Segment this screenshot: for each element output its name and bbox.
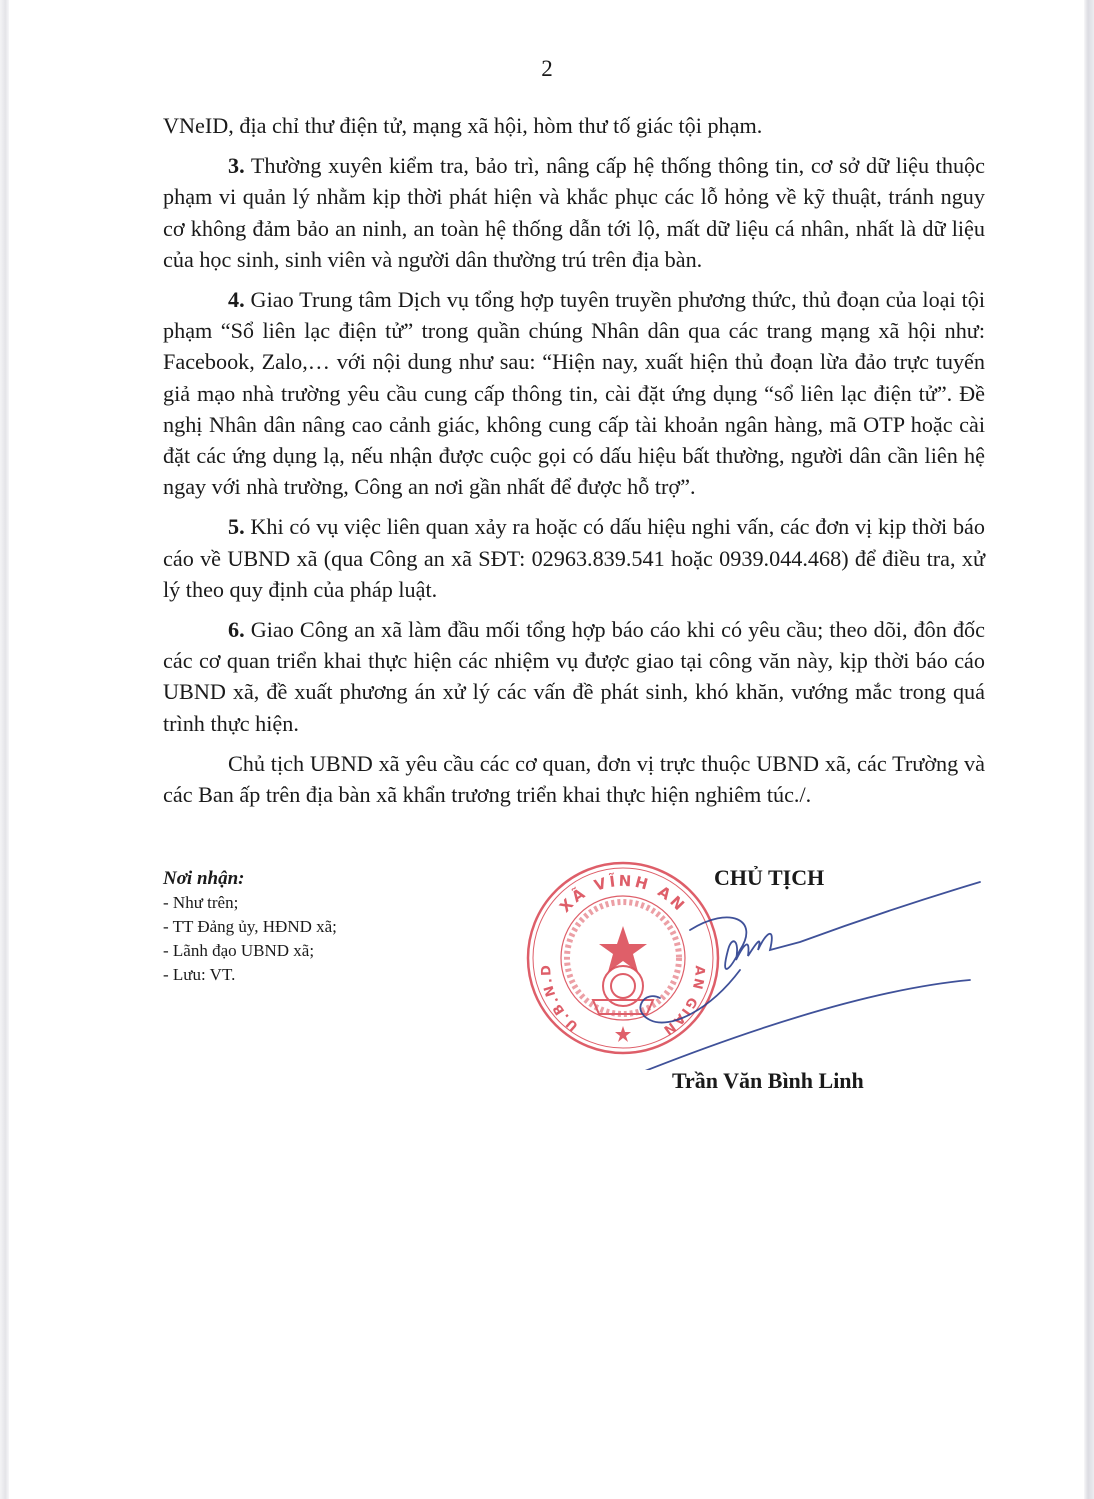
handwritten-signature bbox=[600, 870, 1000, 1070]
signer-name: Trần Văn Bình Linh bbox=[672, 1068, 864, 1094]
paragraph-text: Giao Trung tâm Dịch vụ tổng hợp tuyên tr… bbox=[163, 287, 985, 499]
paragraph-number: 3. bbox=[228, 153, 245, 178]
recipient-item: - Như trên; bbox=[163, 891, 337, 915]
recipients-block: Nơi nhận: - Như trên; - TT Đảng ủy, HĐND… bbox=[163, 867, 337, 987]
paragraph-number: 4. bbox=[228, 287, 245, 312]
page-number: 2 bbox=[0, 56, 1094, 82]
page-edge-right bbox=[1084, 0, 1094, 1499]
paragraph-number: 6. bbox=[228, 617, 245, 642]
paragraph-text: VNeID, địa chỉ thư điện tử, mạng xã hội,… bbox=[163, 113, 762, 138]
paragraph-text: Giao Công an xã làm đầu mối tổng hợp báo… bbox=[163, 617, 985, 736]
paragraph-text: Khi có vụ việc liên quan xảy ra hoặc có … bbox=[163, 514, 985, 601]
recipients-title: Nơi nhận: bbox=[163, 867, 337, 891]
paragraph: VNeID, địa chỉ thư điện tử, mạng xã hội,… bbox=[163, 110, 985, 141]
paragraph: 4. Giao Trung tâm Dịch vụ tổng hợp tuyên… bbox=[163, 284, 985, 502]
paragraph-text: Chủ tịch UBND xã yêu cầu các cơ quan, đơ… bbox=[163, 751, 985, 807]
recipient-item: - Lãnh đạo UBND xã; bbox=[163, 939, 337, 963]
paragraph: 3. Thường xuyên kiểm tra, bảo trì, nâng … bbox=[163, 150, 985, 275]
document-body: VNeID, địa chỉ thư điện tử, mạng xã hội,… bbox=[163, 110, 985, 819]
paragraph-number: 5. bbox=[228, 514, 245, 539]
page-edge-left bbox=[0, 0, 9, 1499]
paragraph: 5. Khi có vụ việc liên quan xảy ra hoặc … bbox=[163, 511, 985, 605]
recipient-item: - TT Đảng ủy, HĐND xã; bbox=[163, 915, 337, 939]
recipient-item: - Lưu: VT. bbox=[163, 963, 337, 987]
paragraph-text: Thường xuyên kiểm tra, bảo trì, nâng cấp… bbox=[163, 153, 985, 272]
paragraph: Chủ tịch UBND xã yêu cầu các cơ quan, đơ… bbox=[163, 748, 985, 810]
paragraph: 6. Giao Công an xã làm đầu mối tổng hợp … bbox=[163, 614, 985, 739]
